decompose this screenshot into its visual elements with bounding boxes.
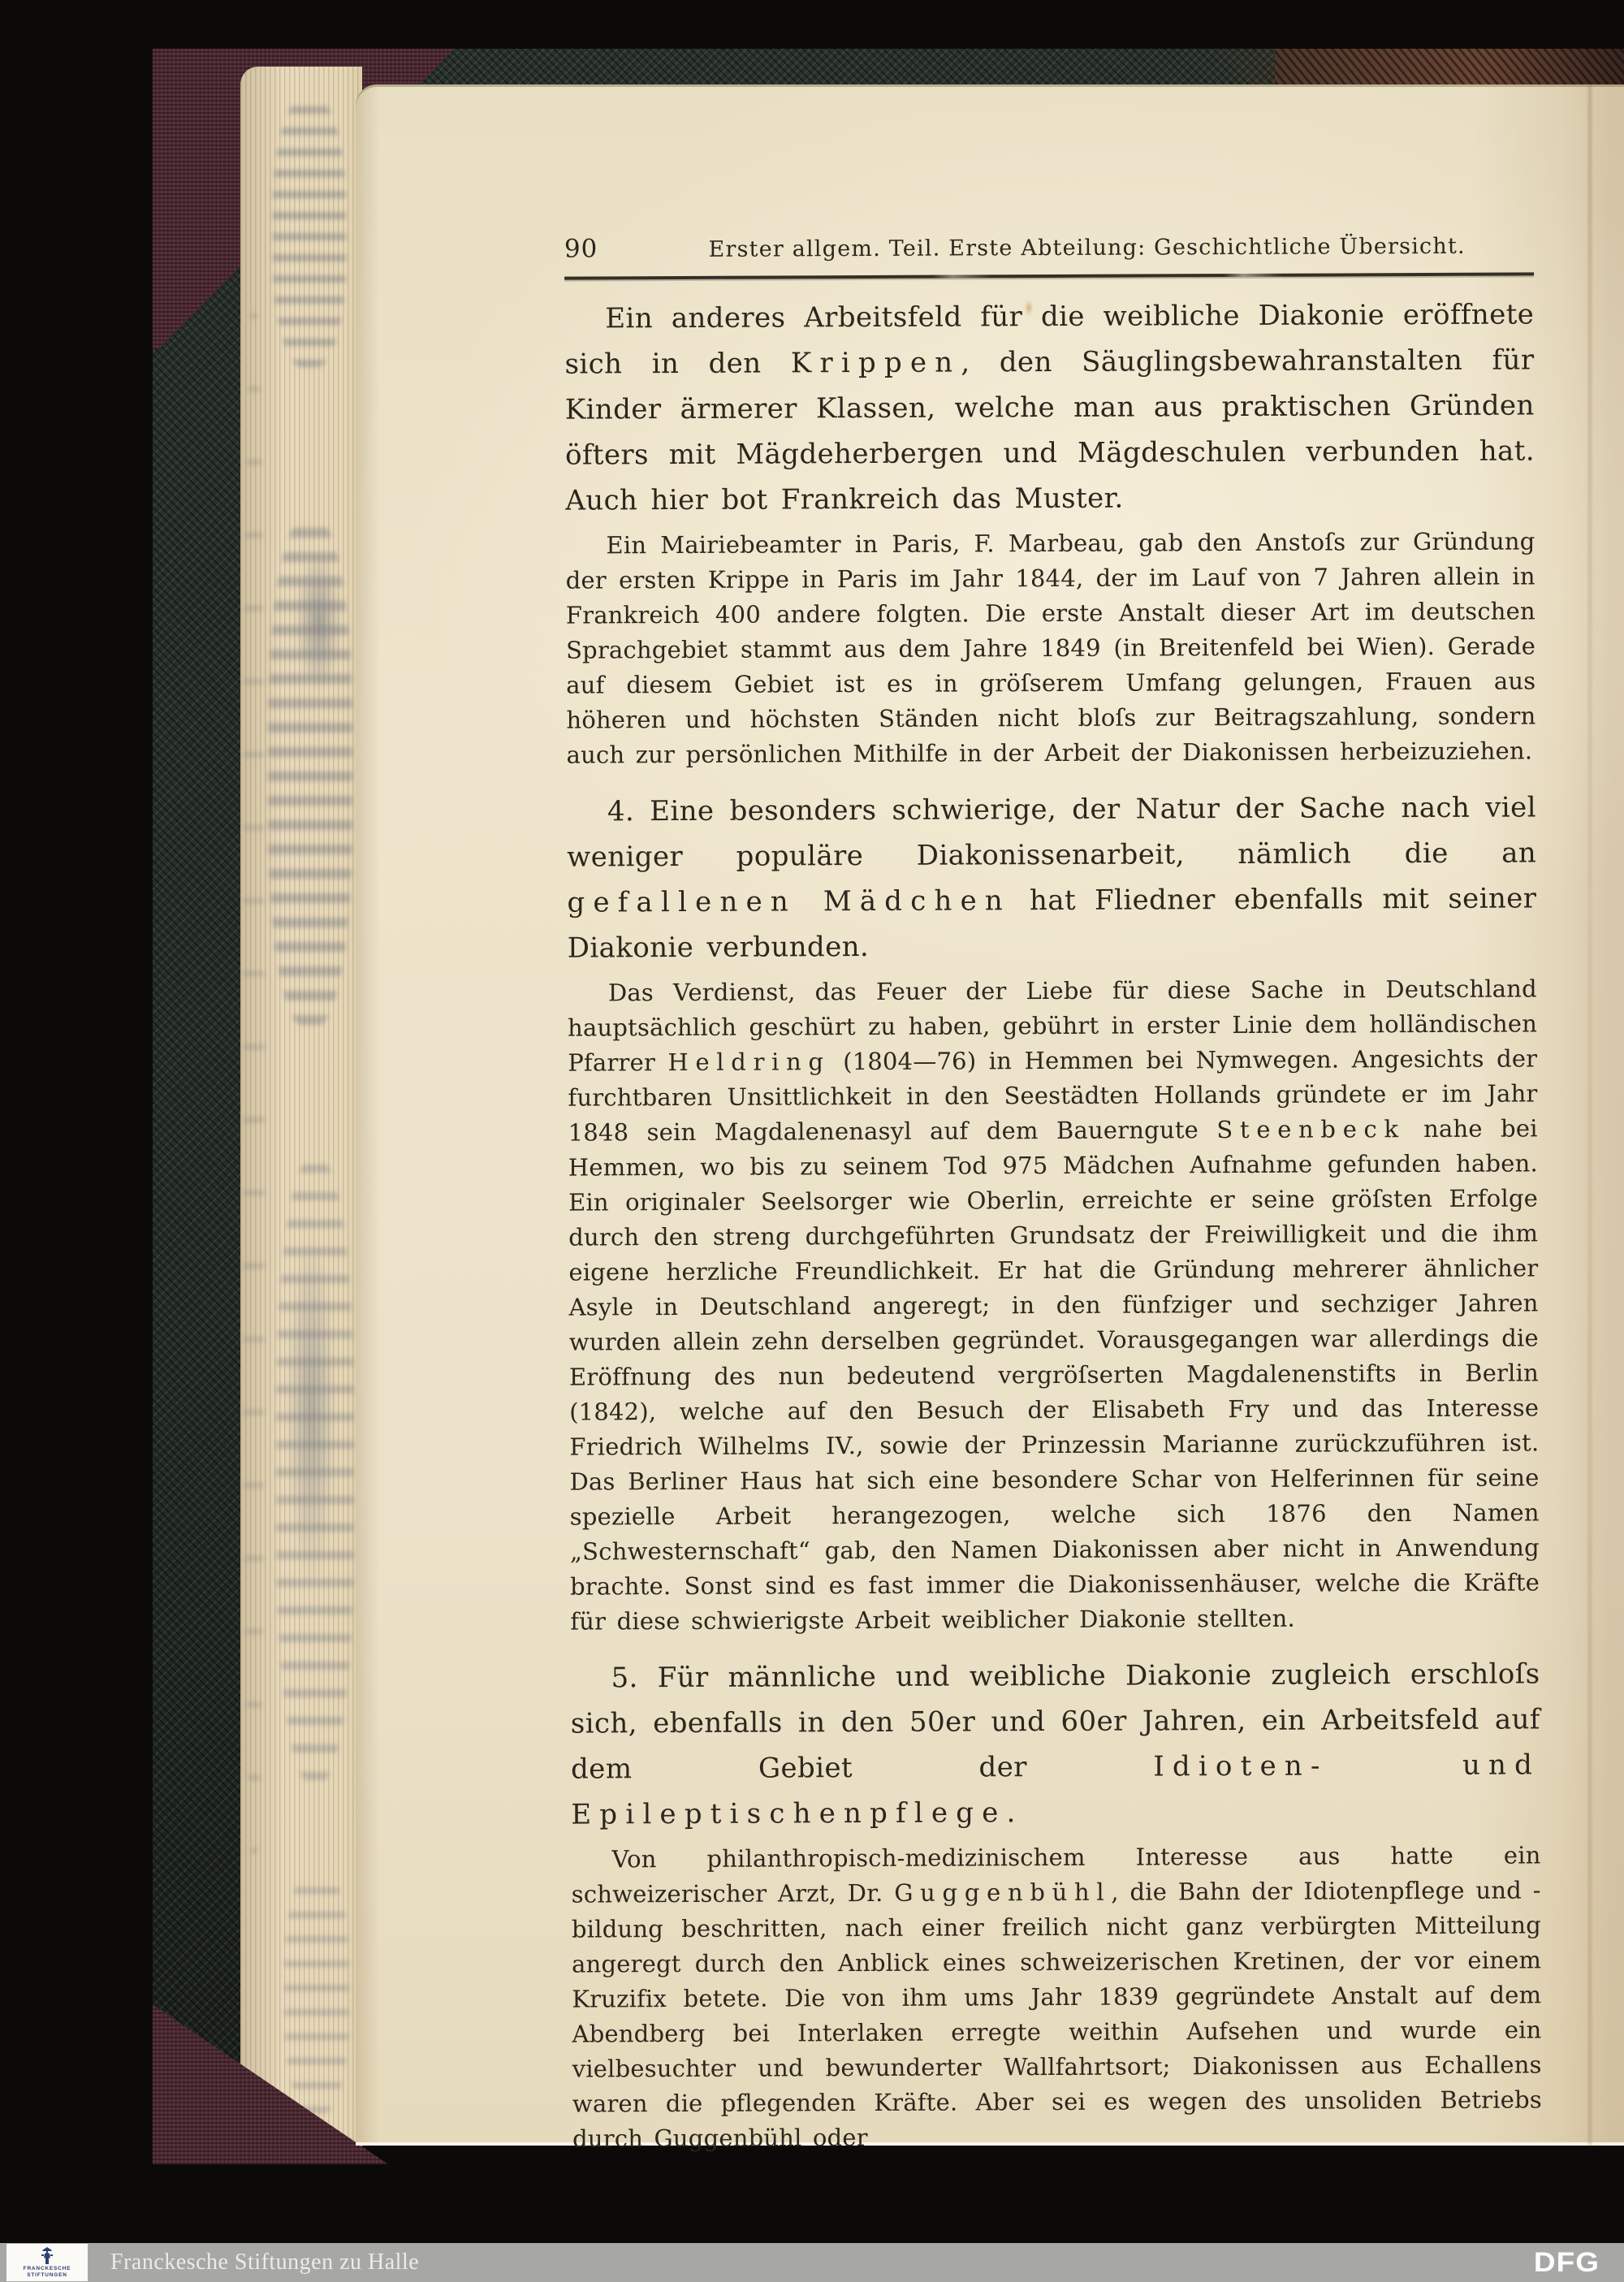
- page-text: 90 Erster allgem. Teil. Erste Abteilung:…: [564, 230, 1542, 2156]
- fore-edge-ink-stain: [268, 521, 352, 1025]
- running-header: 90 Erster allgem. Teil. Erste Abteilung:…: [564, 230, 1534, 263]
- running-header-title: Erster allgem. Teil. Erste Abteilung: Ge…: [640, 233, 1534, 262]
- text-run: .: [1006, 1796, 1015, 1829]
- paragraph: 4. Eine besonders schwierige, der Natur …: [567, 784, 1537, 970]
- paragraph: Ein Mairiebeamter in Paris, F. Marbeau, …: [565, 524, 1535, 772]
- page-gutter-crease: [1588, 84, 1592, 2146]
- text-run: 4. Eine besonders schwierige, der Natur …: [567, 791, 1536, 873]
- fore-edge-ink-stain: [276, 1163, 354, 1780]
- book-cover-spine: [153, 49, 244, 2164]
- text-run: nahe bei Hemmen, wo bis zu seinem Tod 97…: [568, 1114, 1540, 1635]
- letterspaced-text: Heldring: [667, 1048, 830, 1076]
- franckesche-stiftungen-logo: FRANCKESCHE STIFTUNGEN: [6, 2244, 88, 2281]
- letterspaced-text: gefallenen Mädchen: [567, 884, 1011, 918]
- page-curl-shadow: [1527, 84, 1624, 352]
- letterspaced-text: Steenbeck: [1216, 1115, 1406, 1143]
- paragraph: Von philanthropisch-medizinischem Intere…: [571, 1838, 1542, 2156]
- text-run: , die Bahn der Idiotenpflege und -bildun…: [572, 1876, 1542, 2152]
- letterspaced-text: Krippen: [791, 346, 961, 379]
- logo-text-line1: FRANCKESCHE: [24, 2266, 71, 2272]
- fore-edge-page-stack: [240, 67, 362, 2155]
- dfg-logo: DFG: [1534, 2245, 1600, 2280]
- header-rule: [564, 272, 1534, 279]
- paragraph: Ein anderes Arbeitsfeld für die weiblich…: [564, 292, 1535, 523]
- text-run: Ein Mairiebeamter in Paris, F. Marbeau, …: [566, 527, 1536, 768]
- book-scan: 90 Erster allgem. Teil. Erste Abteilung:…: [0, 0, 1624, 2282]
- text-body: Ein anderes Arbeitsfeld für die weiblich…: [564, 292, 1542, 2156]
- logo-text-line2: STIFTUNGEN: [27, 2272, 67, 2279]
- fore-edge-ink-stain: [244, 310, 265, 1853]
- paragraph: Das Verdienst, das Feuer der Liebe für d…: [568, 971, 1540, 1639]
- institution-label: Franckesche Stiftungen zu Halle: [110, 2243, 419, 2282]
- fore-edge-ink-stain: [284, 1869, 349, 2113]
- page-number: 90: [564, 234, 598, 263]
- viewer-footer-bar: FRANCKESCHE STIFTUNGEN Franckesche Stift…: [0, 2243, 1624, 2282]
- letterspaced-text: Guggenbühl: [894, 1878, 1111, 1907]
- francke-statue-icon: [41, 2247, 54, 2265]
- paragraph: 5. Für männliche und weibliche Diakonie …: [570, 1651, 1540, 1837]
- fore-edge-ink-stain: [273, 99, 346, 367]
